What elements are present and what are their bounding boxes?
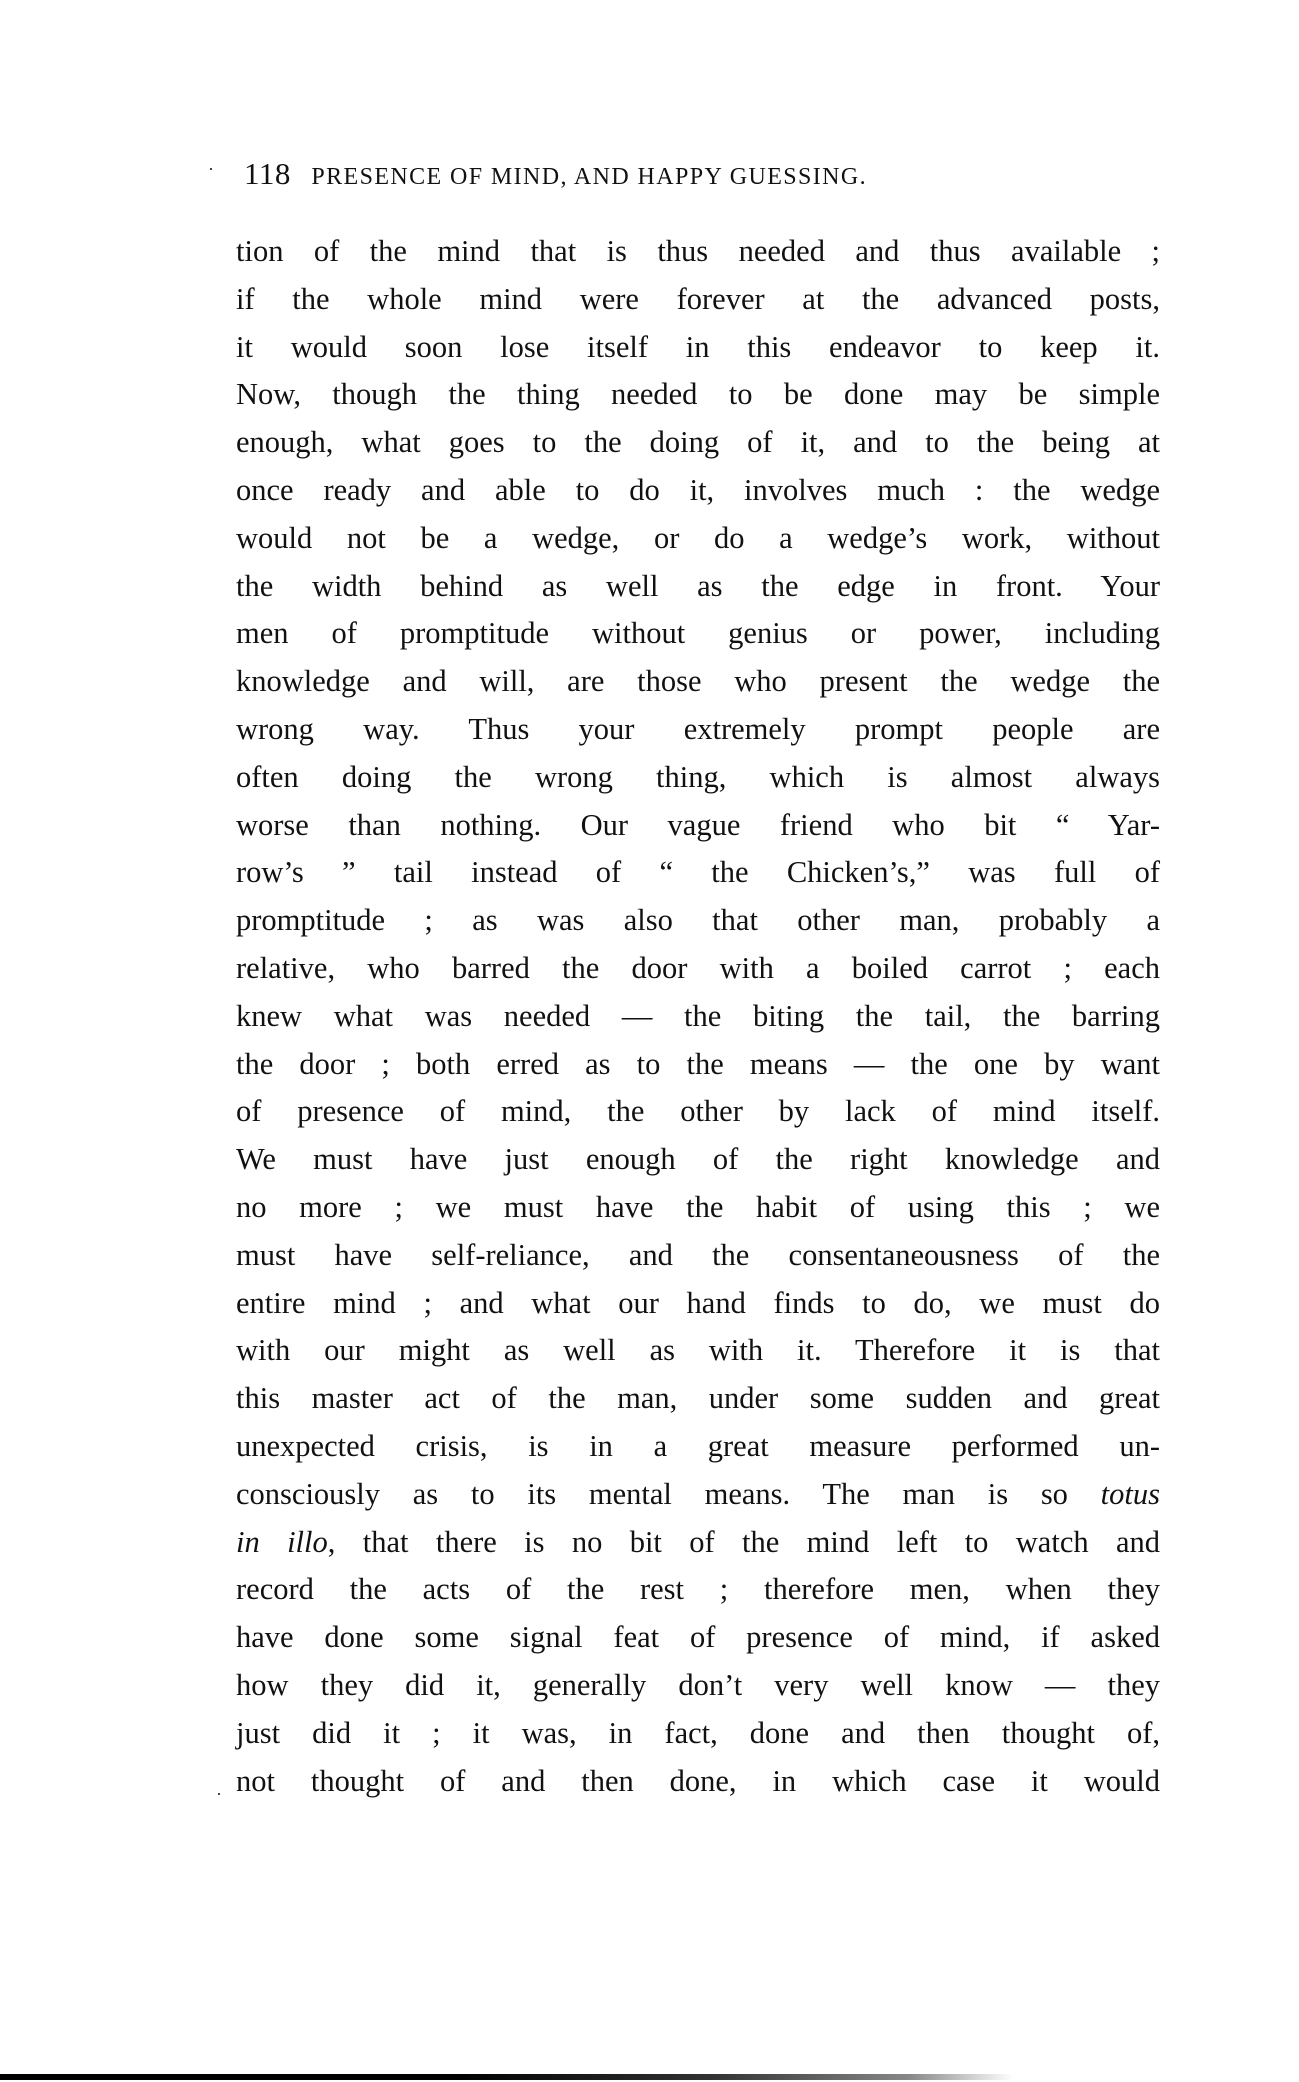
chapter-title: PRESENCE OF MIND, AND HAPPY GUESSING. [311, 164, 867, 190]
text-segment: consciously as to its mental means. The … [236, 1477, 1101, 1511]
text-line: We must have just enough of the right kn… [236, 1136, 1160, 1184]
text-line: have done some signal feat of presence o… [236, 1614, 1160, 1662]
text-line: knowledge and will, are those who presen… [236, 658, 1160, 706]
text-line: knew what was needed — the biting the ta… [236, 993, 1160, 1041]
body-text: tion of the mind that is thus needed and… [236, 228, 1160, 1805]
scan-speck [210, 168, 212, 170]
text-line-with-italic: in illo, that there is no bit of the min… [236, 1519, 1160, 1567]
italic-latin-phrase: totus [1101, 1477, 1160, 1511]
text-line: tion of the mind that is thus needed and… [236, 228, 1160, 276]
text-line: not thought of and then done, in which c… [236, 1758, 1160, 1806]
text-line-with-italic: consciously as to its mental means. The … [236, 1471, 1160, 1519]
page-number: 118 [244, 156, 291, 191]
text-line: if the whole mind were forever at the ad… [236, 276, 1160, 324]
scan-edge-line [0, 2074, 1299, 2080]
text-line: wrong way. Thus your extremely prompt pe… [236, 706, 1160, 754]
text-line: the width behind as well as the edge in … [236, 563, 1160, 611]
text-line: entire mind ; and what our hand finds to… [236, 1280, 1160, 1328]
text-line: this master act of the man, under some s… [236, 1375, 1160, 1423]
text-line: promptitude ; as was also that other man… [236, 897, 1160, 945]
text-line: once ready and able to do it, involves m… [236, 467, 1160, 515]
text-line: would not be a wedge, or do a wedge’s wo… [236, 515, 1160, 563]
text-line: enough, what goes to the doing of it, an… [236, 419, 1160, 467]
text-line: with our might as well as with it. There… [236, 1327, 1160, 1375]
text-line: must have self-reliance, and the consent… [236, 1232, 1160, 1280]
text-segment: , that there is no bit of the mind left … [328, 1525, 1160, 1559]
text-line: row’s ” tail instead of “ the Chicken’s,… [236, 849, 1160, 897]
text-line: the door ; both erred as to the means — … [236, 1041, 1160, 1089]
text-line: record the acts of the rest ; therefore … [236, 1566, 1160, 1614]
text-line: men of promptitude without genius or pow… [236, 610, 1160, 658]
book-page: 118 PRESENCE OF MIND, AND HAPPY GUESSING… [0, 0, 1299, 2082]
text-line: Now, though the thing needed to be done … [236, 371, 1160, 419]
text-line: unexpected crisis, is in a great measure… [236, 1423, 1160, 1471]
scan-speck [218, 1793, 220, 1795]
text-line: how they did it, generally don’t very we… [236, 1662, 1160, 1710]
text-line: relative, who barred the door with a boi… [236, 945, 1160, 993]
text-line: worse than nothing. Our vague friend who… [236, 802, 1160, 850]
text-line: no more ; we must have the habit of usin… [236, 1184, 1160, 1232]
text-line: it would soon lose itself in this endeav… [236, 324, 1160, 372]
text-line: of presence of mind, the other by lack o… [236, 1088, 1160, 1136]
text-line: just did it ; it was, in fact, done and … [236, 1710, 1160, 1758]
text-line: often doing the wrong thing, which is al… [236, 754, 1160, 802]
italic-latin-phrase: in illo [236, 1525, 328, 1559]
running-head: 118 PRESENCE OF MIND, AND HAPPY GUESSING… [244, 156, 1160, 196]
